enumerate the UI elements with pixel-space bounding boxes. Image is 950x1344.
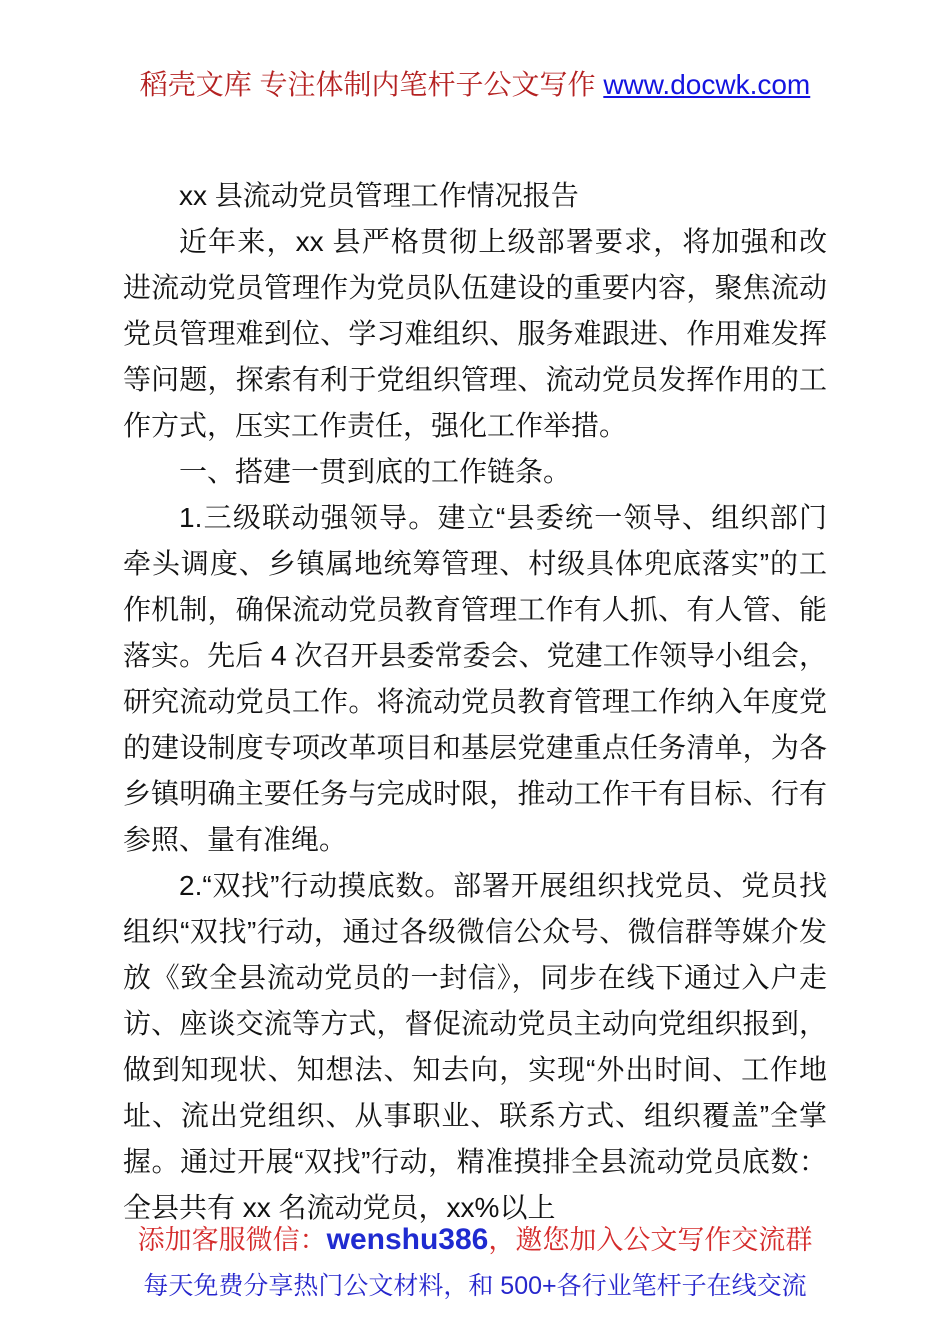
brand-text: 稻壳文库 专注体制内笔杆子公文写作 <box>140 69 596 100</box>
footer-share-text: 每天免费分享热门公文材料，和 500+各行业笔杆子在线交流 <box>0 1264 950 1308</box>
website-link[interactable]: www.docwk.com <box>603 69 810 100</box>
doc-paragraph-point2: 2.“双找”行动摸底数。部署开展组织找党员、党员找组织“双找”行动，通过各级微信… <box>123 863 827 1231</box>
doc-paragraph-intro: 近年来，xx 县严格贯彻上级部署要求，将加强和改进流动党员管理作为党员队伍建设的… <box>123 219 827 449</box>
footer-contact-suffix: ，邀您加入公文写作交流群 <box>488 1225 812 1255</box>
wechat-id: wenshu386 <box>327 1223 489 1256</box>
document-page: xx 县流动党员管理工作情况报告 近年来，xx 县严格贯彻上级部署要求，将加强和… <box>123 173 827 1231</box>
doc-title: xx 县流动党员管理工作情况报告 <box>123 173 827 219</box>
section-heading-1: 一、搭建一贯到底的工作链条。 <box>123 449 827 495</box>
footer-contact-prefix: 添加客服微信： <box>138 1225 327 1255</box>
promo-footer: 添加客服微信：wenshu386，邀您加入公文写作交流群 每天免费分享热门公文材… <box>0 1216 950 1308</box>
footer-contact-line: 添加客服微信：wenshu386，邀您加入公文写作交流群 <box>0 1216 950 1264</box>
doc-paragraph-point1: 1.三级联动强领导。建立“县委统一领导、组织部门牵头调度、乡镇属地统筹管理、村级… <box>123 495 827 863</box>
promo-header: 稻壳文库 专注体制内笔杆子公文写作 www.docwk.com <box>0 66 950 104</box>
